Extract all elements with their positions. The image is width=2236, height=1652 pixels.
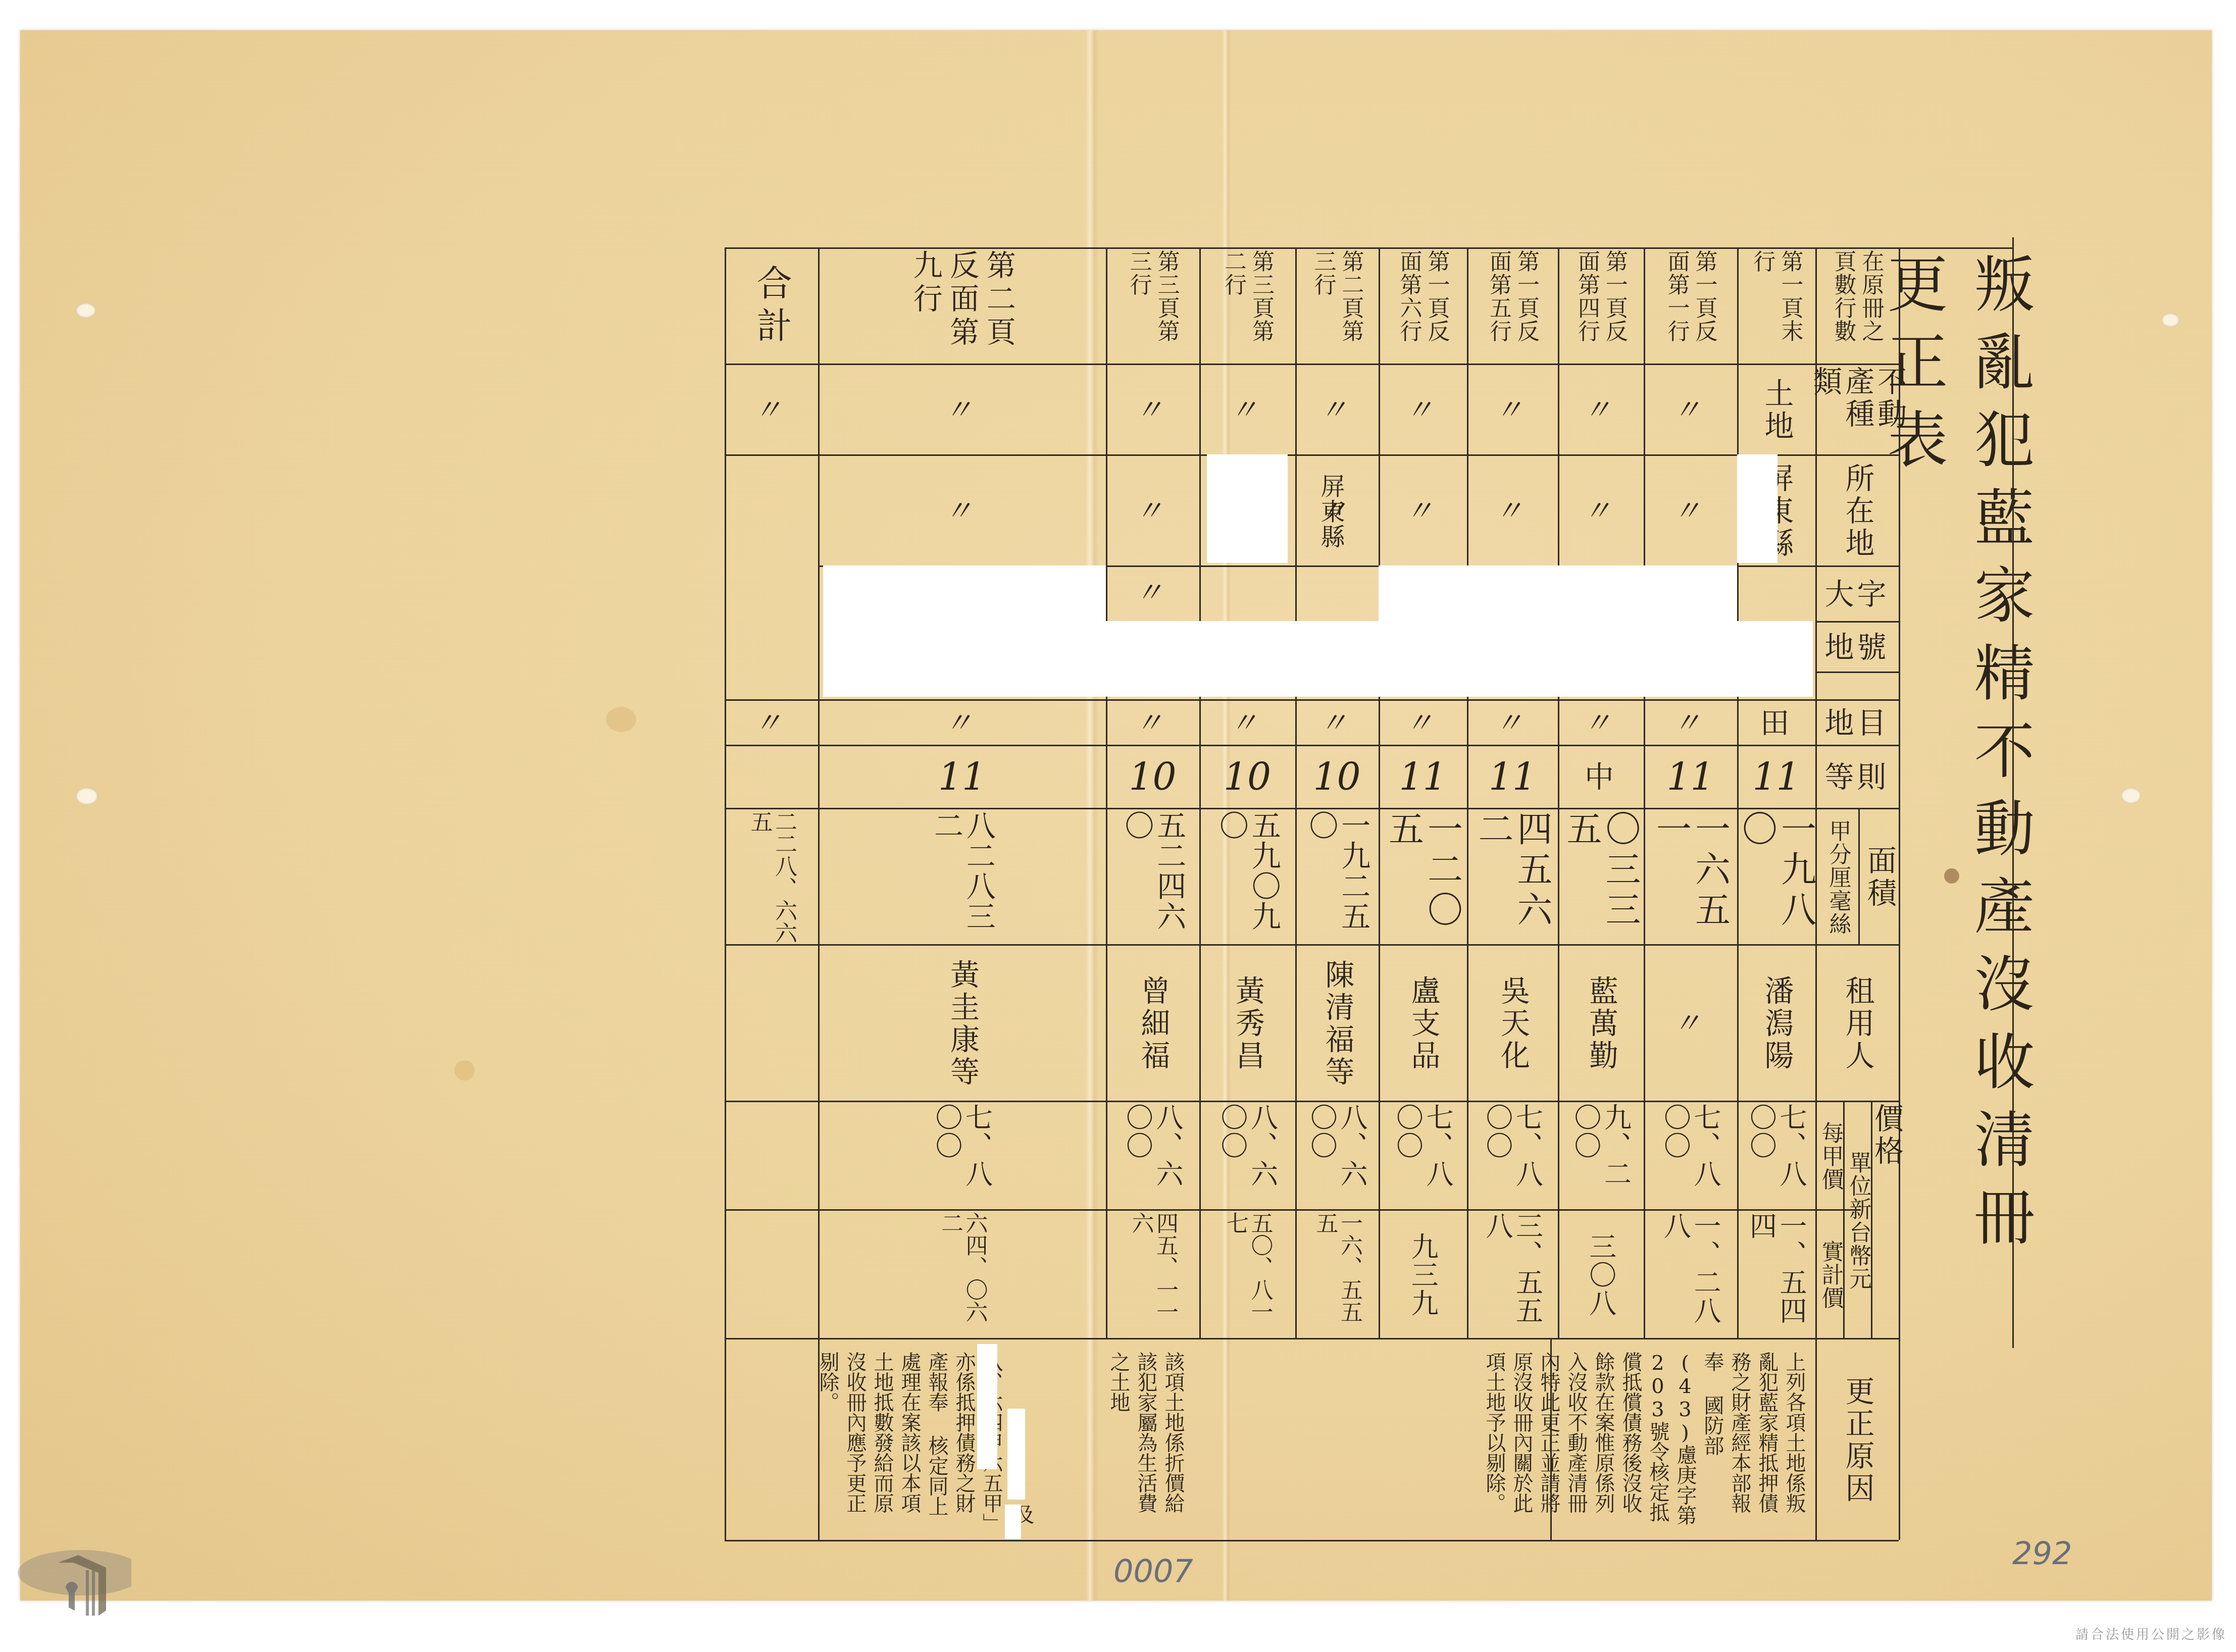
redaction-block xyxy=(823,565,1106,621)
cell-tenant: 藍萬勤 xyxy=(1560,947,1641,1101)
cell-price-per-jia: 七、八〇〇 xyxy=(821,1103,1103,1209)
cell-location: 〃 xyxy=(1560,457,1641,565)
header-reason: 更正原因 xyxy=(1818,1340,1896,1540)
cell-land-category: 〃 xyxy=(1298,702,1376,745)
header-area-unit: 甲分厘毫絲 xyxy=(1818,810,1858,944)
cell-grade: 10 xyxy=(1108,747,1197,808)
title-border xyxy=(2012,237,2014,1348)
cell-land-category: 〃 xyxy=(821,702,1103,745)
cell-grade: 10 xyxy=(1202,747,1293,808)
header-price-per-jia: 每甲價 xyxy=(1818,1103,1843,1209)
cell-land-category: 〃 xyxy=(1108,702,1197,745)
punch-hole xyxy=(76,788,98,805)
cell-tenant: 陳清福等 xyxy=(1298,947,1376,1101)
cell-position: 第一頁反面第五行 xyxy=(1469,250,1555,364)
archive-number-annotation: 0007 xyxy=(1113,1553,1193,1589)
header-location: 所在地 xyxy=(1818,457,1896,565)
cell-grade: 11 xyxy=(1381,747,1464,808)
cell-tenant: 曾細福 xyxy=(1108,947,1197,1101)
cell-appraised-total: 一、二八八 xyxy=(1646,1212,1735,1338)
redaction-block xyxy=(1007,1409,1025,1500)
header-type: 不動產種類 xyxy=(1818,366,1896,454)
redaction-block xyxy=(823,621,1813,697)
cell-position: 第三頁第三行 xyxy=(1108,250,1197,364)
cell-area: 八二八三二 xyxy=(821,810,1103,944)
cell-tenant: 盧支品 xyxy=(1381,947,1464,1101)
header-lot: 地號 xyxy=(1818,624,1896,672)
cell-area: 一六五一 xyxy=(1646,810,1735,944)
redaction-block xyxy=(1737,454,1777,563)
cell-tenant: 黃圭康等 xyxy=(821,947,1103,1101)
punch-hole xyxy=(2121,788,2141,804)
cell-section: 〃 xyxy=(1108,568,1197,618)
redaction-block xyxy=(977,1344,997,1469)
cell-type: 〃 xyxy=(1646,366,1735,454)
document-title: 叛亂犯藍家精不動產沒收清冊更正表 xyxy=(1901,252,2010,1303)
cell-area: 五九〇九〇 xyxy=(1202,810,1293,944)
cell-type: 〃 xyxy=(727,366,816,454)
cell-location: 〃 xyxy=(821,457,1103,565)
cell-location: 屏東縣 xyxy=(1308,457,1353,565)
cell-position: 第二頁第三行 xyxy=(1298,250,1376,364)
reason-text-first: 上列各項土地係叛亂犯藍家精抵押債務之財產經本部報奉 國防部(43)慮庚字第203… xyxy=(1555,1340,1813,1537)
cell-type: 〃 xyxy=(1108,366,1197,454)
cell-position: 第一頁反面第六行 xyxy=(1381,250,1464,364)
stain-spot xyxy=(606,707,636,732)
header-grade: 等則 xyxy=(1818,747,1896,808)
redaction-block xyxy=(1379,565,1737,621)
cell-price-per-jia: 八、六〇〇 xyxy=(1108,1103,1197,1209)
cell-price-per-jia: 七、八〇〇 xyxy=(1740,1103,1813,1209)
cell-appraised-total: 一、五四四 xyxy=(1740,1212,1813,1338)
cell-price-per-jia: 七、八〇〇 xyxy=(1469,1103,1555,1209)
cell-area: 四五六二 xyxy=(1469,810,1555,944)
cell-grade: 11 xyxy=(821,747,1103,808)
cell-appraised-total: 三〇八 xyxy=(1560,1212,1641,1338)
cell-total-area: 二二八、六六五 xyxy=(727,810,816,944)
cell-land-category: 田 xyxy=(1740,702,1813,745)
cell-land-category: 〃 xyxy=(727,702,816,745)
cell-type: 土地 xyxy=(1740,366,1813,454)
reason-text-second-a: 該項土地係折價給該犯家屬為生活費之土地 xyxy=(1040,1340,1192,1537)
cell-location: 〃 xyxy=(1108,457,1197,565)
cell-price-per-jia: 八、六〇〇 xyxy=(1202,1103,1293,1209)
cell-price-per-jia: 九、二〇〇 xyxy=(1560,1103,1641,1209)
cell-grade: 11 xyxy=(1740,747,1813,808)
cell-location: 〃 xyxy=(1469,457,1555,565)
cell-type: 〃 xyxy=(1202,366,1293,454)
header-land-category: 地目 xyxy=(1818,702,1896,745)
cell-area: 一九二五〇 xyxy=(1298,810,1376,944)
cell-tenant: 吳天化 xyxy=(1469,947,1555,1101)
cell-area: 一二〇五 xyxy=(1381,810,1464,944)
cell-appraised-total: 三、五五八 xyxy=(1469,1212,1555,1338)
cell-grade: 11 xyxy=(1646,747,1735,808)
cell-land-category: 〃 xyxy=(1469,702,1555,745)
header-price: 價格 xyxy=(1873,1103,1899,1338)
cell-tenant: 〃 xyxy=(1646,947,1735,1101)
cell-grade: 11 xyxy=(1469,747,1555,808)
header-tenant: 租用人 xyxy=(1818,947,1896,1101)
cell-land-category: 〃 xyxy=(1202,702,1293,745)
cell-tenant: 潘澙陽 xyxy=(1740,947,1813,1101)
cell-type: 〃 xyxy=(1469,366,1555,454)
cell-appraised-total: 六四、〇六二 xyxy=(821,1212,1103,1338)
cell-location: 〃 xyxy=(1381,457,1464,565)
cell-type: 〃 xyxy=(1560,366,1641,454)
header-area: 面積 xyxy=(1861,810,1897,944)
header-position: 在原冊之頁數行數 xyxy=(1818,250,1896,364)
cell-appraised-total: 四五、一一六 xyxy=(1108,1212,1197,1338)
cell-position: 第三頁第二行 xyxy=(1202,250,1293,364)
cell-type: 〃 xyxy=(1298,366,1376,454)
cell-type: 〃 xyxy=(821,366,1103,454)
cell-appraised-total: 五〇、八一七 xyxy=(1202,1212,1293,1338)
cell-area: 〇三三五 xyxy=(1560,810,1641,944)
cell-land-category: 〃 xyxy=(1560,702,1641,745)
cell-position: 第一頁末行 xyxy=(1740,250,1813,364)
cell-price-per-jia: 七、八〇〇 xyxy=(1381,1103,1464,1209)
cell-price-per-jia: 八、六〇〇 xyxy=(1298,1103,1376,1209)
header-appraised-total: 實計價 xyxy=(1818,1212,1843,1338)
cell-position: 第一頁反面第四行 xyxy=(1560,250,1641,364)
cell-position: 第二頁反面第九行 xyxy=(821,250,1103,364)
book-archive-logo-icon xyxy=(10,1545,131,1616)
punch-hole xyxy=(76,303,96,318)
punch-hole xyxy=(2161,313,2179,327)
cell-tenant: 黃秀昌 xyxy=(1202,947,1293,1101)
redaction-block xyxy=(1207,454,1288,563)
redaction-block xyxy=(1005,1505,1021,1539)
cell-type: 〃 xyxy=(1381,366,1464,454)
cell-grade: 中 xyxy=(1560,747,1641,808)
usage-watermark: 請合法使用公開之影像 xyxy=(2075,1624,2227,1643)
page-number-annotation: 292 xyxy=(2012,1535,2072,1572)
stain-spot xyxy=(454,1060,475,1080)
cell-total-label: 合計 xyxy=(727,250,816,364)
cell-land-category: 〃 xyxy=(1381,702,1464,745)
cell-grade: 10 xyxy=(1298,747,1376,808)
cell-area: 一九八〇 xyxy=(1740,810,1813,944)
cell-appraised-total: 九三九 xyxy=(1381,1212,1464,1338)
cell-position: 第一頁反面第一行 xyxy=(1646,250,1735,364)
header-price-unit: 單位新台幣元 xyxy=(1846,1103,1871,1338)
cell-area: 五二四六〇 xyxy=(1108,810,1197,944)
cell-appraised-total: 一六、五五五 xyxy=(1298,1212,1376,1338)
cell-price-per-jia: 七、八〇〇 xyxy=(1646,1103,1735,1209)
header-section: 大字 xyxy=(1818,568,1896,621)
cell-land-category: 〃 xyxy=(1646,702,1735,745)
cell-location: 〃 xyxy=(1646,457,1735,565)
